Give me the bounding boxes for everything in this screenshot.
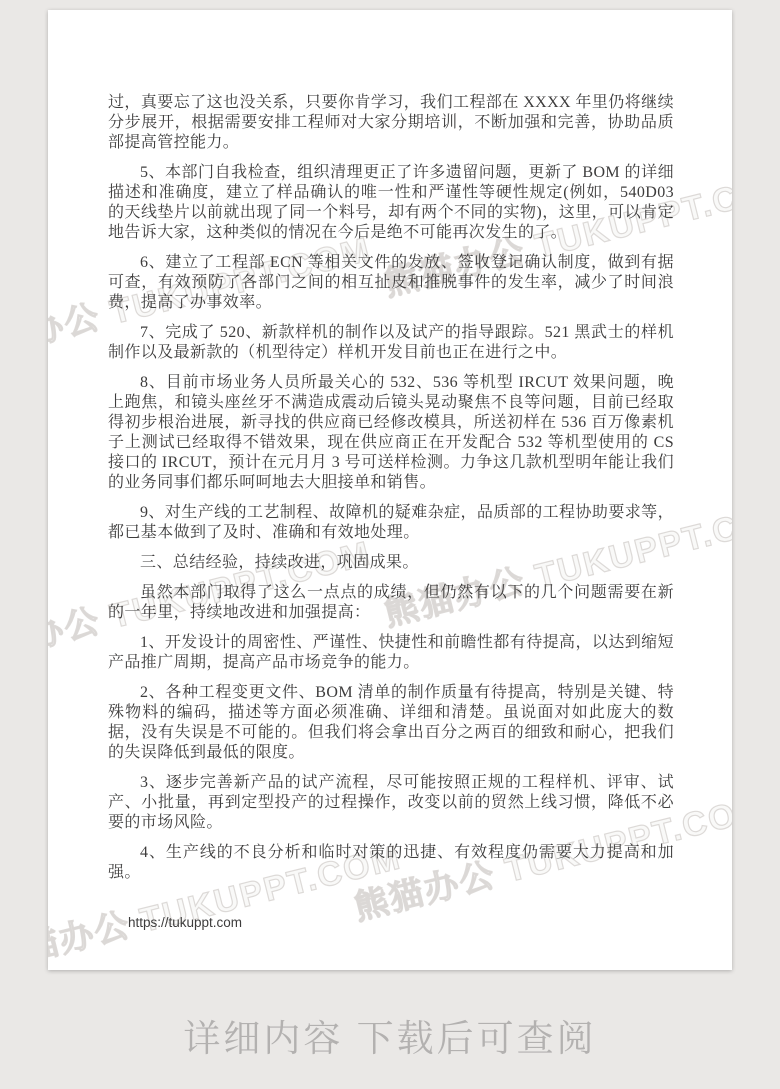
paragraph-intro: 虽然本部门取得了这么一点点的成绩，但仍然有以下的几个问题需要在新的一年里，持续地… [108, 583, 674, 623]
document-content: 过，真要忘了这也没关系，只要你肯学习，我们工程部在 XXXX 年里仍将继续分步展… [108, 93, 674, 893]
document-page: 熊猫办公 TUKUPPT.COM 熊猫办公 TUKUPPT.COM 熊猫办公 T… [48, 10, 732, 970]
document-preview: 熊猫办公 TUKUPPT.COM 熊猫办公 TUKUPPT.COM 熊猫办公 T… [0, 0, 780, 1089]
paragraph-item-8: 8、目前市场业务人员所最关心的 532、536 等机型 IRCUT 效果问题，晚… [108, 373, 674, 493]
section-heading: 三、总结经验，持续改进，巩固成果。 [108, 553, 674, 573]
footer-url: https://tukuppt.com [128, 915, 242, 930]
paragraph-item-6: 6、建立了工程部 ECN 等相关文件的发放、签收登记确认制度，做到有据可查，有效… [108, 253, 674, 313]
paragraph-item-9: 9、对生产线的工艺制程、故障机的疑难杂症，品质部的工程协助要求等，都已基本做到了… [108, 503, 674, 543]
paragraph-continuation: 过，真要忘了这也没关系，只要你肯学习，我们工程部在 XXXX 年里仍将继续分步展… [108, 93, 674, 153]
paragraph-issue-3: 3、逐步完善新产品的试产流程，尽可能按照正规的工程样机、评审、试产、小批量，再到… [108, 773, 674, 833]
paragraph-issue-2: 2、各种工程变更文件、BOM 清单的制作质量有待提高，特别是关键、特殊物料的编码… [108, 683, 674, 763]
paragraph-issue-1: 1、开发设计的周密性、严谨性、快捷性和前瞻性都有待提高，以达到缩短产品推广周期，… [108, 633, 674, 673]
paragraph-item-5: 5、本部门自我检查，组织清理更正了许多遗留问题，更新了 BOM 的详细描述和准确… [108, 163, 674, 243]
paragraph-issue-4: 4、生产线的不良分析和临时对策的迅捷、有效程度仍需要大力提高和加强。 [108, 843, 674, 883]
bottom-bar-text: 详细内容 下载后可查阅 [183, 1008, 596, 1062]
paragraph-item-7: 7、完成了 520、新款样机的制作以及试产的指导跟踪。521 黑武士的样机制作以… [108, 323, 674, 363]
bottom-bar: 详细内容 下载后可查阅 [0, 970, 780, 1089]
